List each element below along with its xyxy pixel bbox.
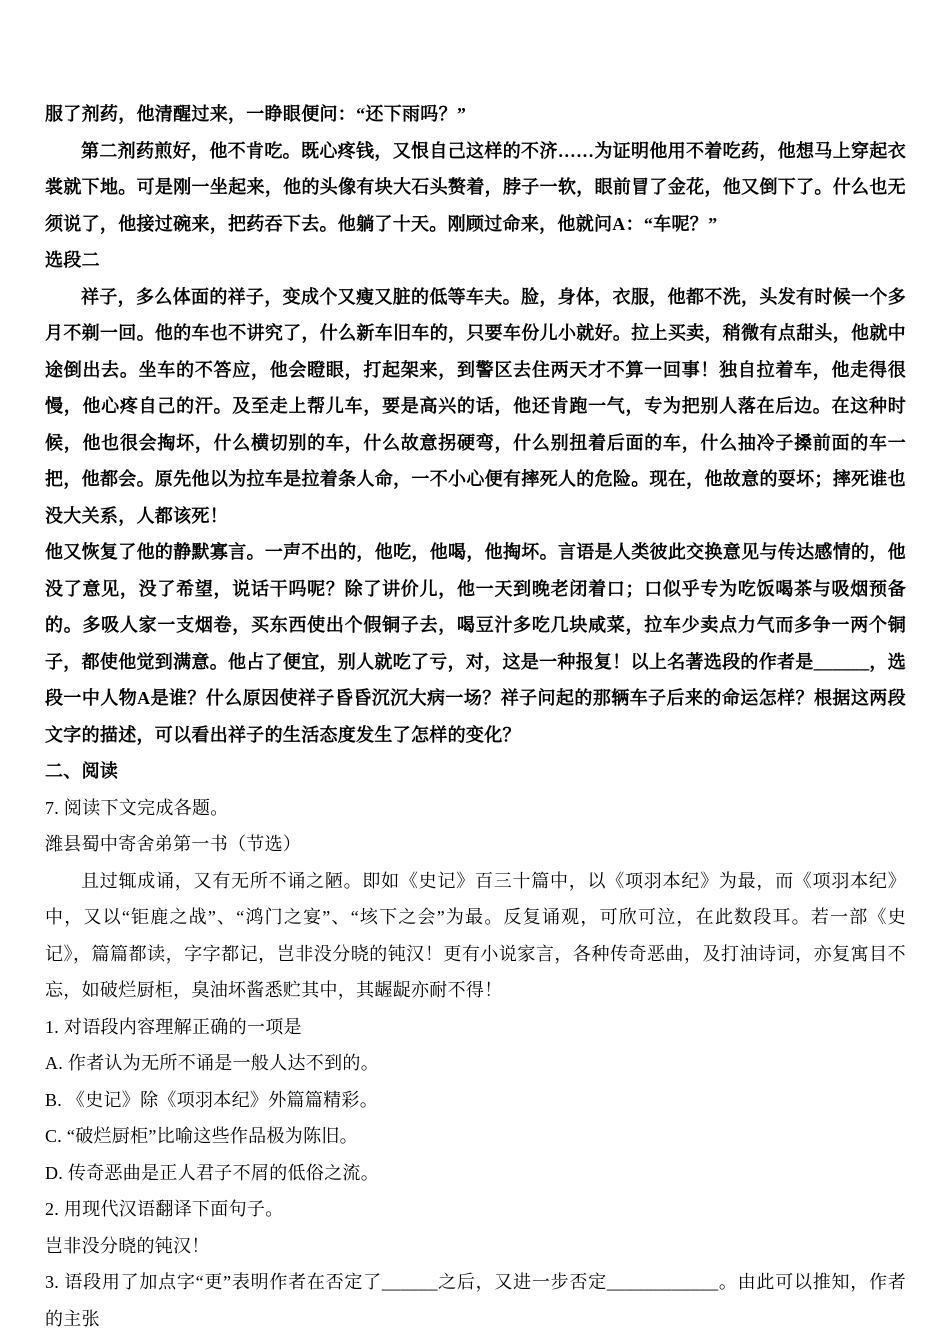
passage-body: 且过辄成诵，又有无所不诵之陋。即如《史记》百三十篇中，以《项羽本纪》为最，而《项…	[45, 863, 906, 1009]
question-7-label: 7. 阅读下文完成各题。	[45, 790, 906, 827]
question-1-option-b: B. 《史记》除《项羽本纪》外篇篇精彩。	[45, 1082, 906, 1119]
question-1-label: 1. 对语段内容理解正确的一项是	[45, 1009, 906, 1046]
excerpt2-paragraph-1: 祥子，多么体面的祥子，变成个又瘦又脏的低等车夫。脸，身体，衣服，他都不洗，头发有…	[45, 279, 906, 535]
question-1-option-a: A. 作者认为无所不诵是一般人达不到的。	[45, 1045, 906, 1082]
section-heading-reading: 二、阅读	[45, 753, 906, 790]
question-1-option-c: C. “破烂厨柜”比喻这些作品极为陈旧。	[45, 1118, 906, 1155]
question-1-option-d: D. 传奇恶曲是正人君子不屑的低俗之流。	[45, 1155, 906, 1192]
question-2-label: 2. 用现代汉语翻译下面句子。	[45, 1191, 906, 1228]
excerpt1-continuation-paragraph: 服了剂药，他清醒过来，一睁眼便问：“还下雨吗？”	[45, 96, 906, 133]
exam-document-page: 服了剂药，他清醒过来，一睁眼便问：“还下雨吗？” 第二剂药煎好，他不肯吃。既心疼…	[0, 0, 950, 1344]
excerpt2-label: 选段二	[45, 242, 906, 279]
passage-title: 潍县蜀中寄舍弟第一书（节选）	[45, 826, 906, 863]
excerpt2-paragraph-2-with-question: 他又恢复了他的静默寡言。一声不出的，他吃，他喝，他掏坏。言语是人类彼此交换意见与…	[45, 534, 906, 753]
question-2-sentence-to-translate: 岂非没分晓的钝汉！	[45, 1228, 906, 1265]
excerpt1-paragraph-2: 第二剂药煎好，他不肯吃。既心疼钱，又恨自己这样的不济……为证明他用不着吃药，他想…	[45, 133, 906, 243]
question-3-label: 3. 语段用了加点字“更”表明作者在否定了______之后，又进一步否定____…	[45, 1264, 906, 1337]
